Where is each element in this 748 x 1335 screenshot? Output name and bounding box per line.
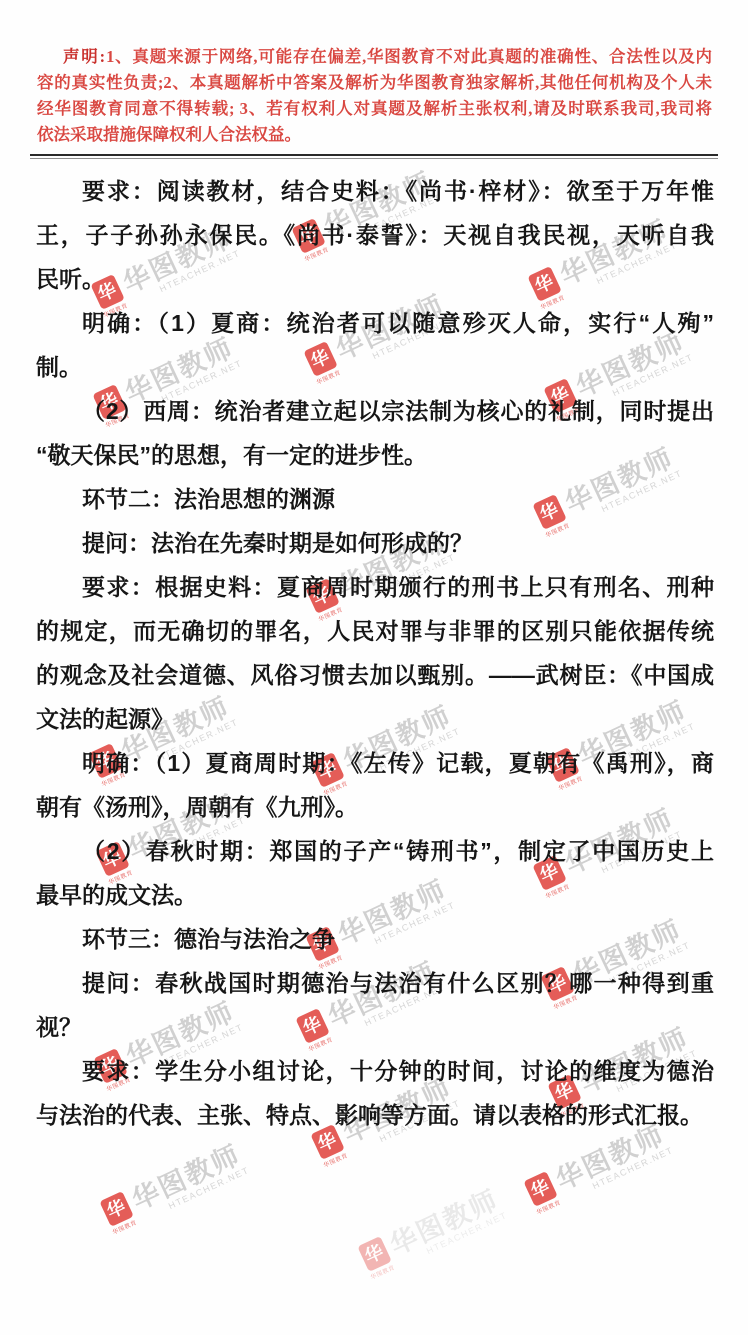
text-line: 要求：阅读教材，结合史料：《尚书·梓材》：欲至于万年惟: [36, 169, 714, 213]
text-line: 提问：法治在先秦时期是如何形成的？: [36, 521, 714, 565]
huatu-logo: 华华图教育: [356, 1236, 396, 1281]
huatu-logo-subtext: 华图教育: [111, 1217, 138, 1236]
text-line: 明确：（1）夏商周时期：《左传》记载，夏朝有《禹刑》，商: [36, 741, 714, 785]
disclaimer-line: 依法采取措施保障权利人合法权益。: [37, 122, 712, 148]
watermark: 华华图教育华图教师HTEACHER.NET: [98, 1139, 250, 1238]
huatu-logo-subtext: 华图教育: [369, 1262, 396, 1281]
huatu-logo-subtext: 华图教育: [535, 1197, 562, 1216]
text-line: 民听。: [36, 257, 714, 301]
document-page: 华华图教育华图教师HTEACHER.NET华华图教育华图教师HTEACHER.N…: [0, 0, 748, 1335]
disclaimer-line: 容的真实性负责;2、本真题解析中答案及解析为华图教育独家解析,其他任何机构及个人…: [37, 70, 712, 96]
text-line: 提问：春秋战国时期德治与法治有什么区别？哪一种得到重: [36, 961, 714, 1005]
huatu-logo: 华华图教育: [522, 1171, 562, 1216]
huatu-logo-subtext: 华图教育: [322, 1150, 349, 1169]
text-line: 要求：学生分小组讨论，十分钟的时间，讨论的维度为德治: [36, 1049, 714, 1093]
text-line: 环节三：德治与法治之争: [36, 917, 714, 961]
text-line: （2）西周：统治者建立起以宗法制为核心的礼制，同时提出: [36, 389, 714, 433]
text-line: 的规定，而无确切的罪名，人民对罪与非罪的区别只能依据传统: [36, 609, 714, 653]
disclaimer-line: 声明:1、真题来源于网络,可能存在偏差,华图教育不对此真题的准确性、合法性以及内: [37, 44, 712, 70]
text-line: 文法的起源》: [36, 697, 714, 741]
divider-rule: [30, 154, 718, 159]
text-line: 制。: [36, 345, 714, 389]
watermark-domain-text: HTEACHER.NET: [425, 1210, 509, 1256]
text-line: 环节二：法治思想的渊源: [36, 477, 714, 521]
page-content: 声明:1、真题来源于网络,可能存在偏差,华图教育不对此真题的准确性、合法性以及内…: [0, 44, 748, 1137]
huatu-logo: 华华图教育: [98, 1191, 138, 1236]
watermark-brand-text: 华图教师: [383, 1177, 506, 1262]
text-line: “敬天保民”的思想，有一定的进步性。: [36, 433, 714, 477]
text-line: （2）春秋时期：郑国的子产“铸刑书”，制定了中国历史上: [36, 829, 714, 873]
watermark-domain-text: HTEACHER.NET: [591, 1145, 675, 1191]
disclaimer-label: 声明:: [63, 47, 106, 66]
huatu-logo-icon: 华: [523, 1171, 557, 1207]
text-line: 与法治的代表、主张、特点、影响等方面。请以表格的形式汇报。: [36, 1093, 714, 1137]
watermark-text: 华图教师HTEACHER.NET: [383, 1177, 509, 1269]
text-line: 视？: [36, 1005, 714, 1049]
text-line: 要求：根据史料：夏商周时期颁行的刑书上只有刑名、刑种: [36, 565, 714, 609]
disclaimer: 声明:1、真题来源于网络,可能存在偏差,华图教育不对此真题的准确性、合法性以及内…: [37, 44, 712, 148]
text-line: 最早的成文法。: [36, 873, 714, 917]
watermark-text: 华图教师HTEACHER.NET: [125, 1132, 251, 1224]
watermark: 华华图教育华图教师HTEACHER.NET: [356, 1184, 508, 1283]
text-line: 王，子子孙孙永保民。《尚书·泰誓》：天视自我民视，天听自我: [36, 213, 714, 257]
huatu-logo-icon: 华: [357, 1236, 391, 1272]
text-line: 明确：（1）夏商：统治者可以随意殄灭人命，实行“人殉”: [36, 301, 714, 345]
huatu-logo-icon: 华: [99, 1191, 133, 1227]
text-line: 朝有《汤刑》，周朝有《九刑》。: [36, 785, 714, 829]
watermark-domain-text: HTEACHER.NET: [167, 1165, 251, 1211]
disclaimer-line: 经华图教育同意不得转载; 3、若有权利人对真题及解析主张权利,请及时联系我司,我…: [37, 96, 712, 122]
document-body: 要求：阅读教材，结合史料：《尚书·梓材》：欲至于万年惟王，子子孙孙永保民。《尚书…: [36, 169, 714, 1137]
watermark-brand-text: 华图教师: [125, 1132, 248, 1217]
text-line: 的观念及社会道德、风俗习惯去加以甄别。——武树臣：《中国成: [36, 653, 714, 697]
